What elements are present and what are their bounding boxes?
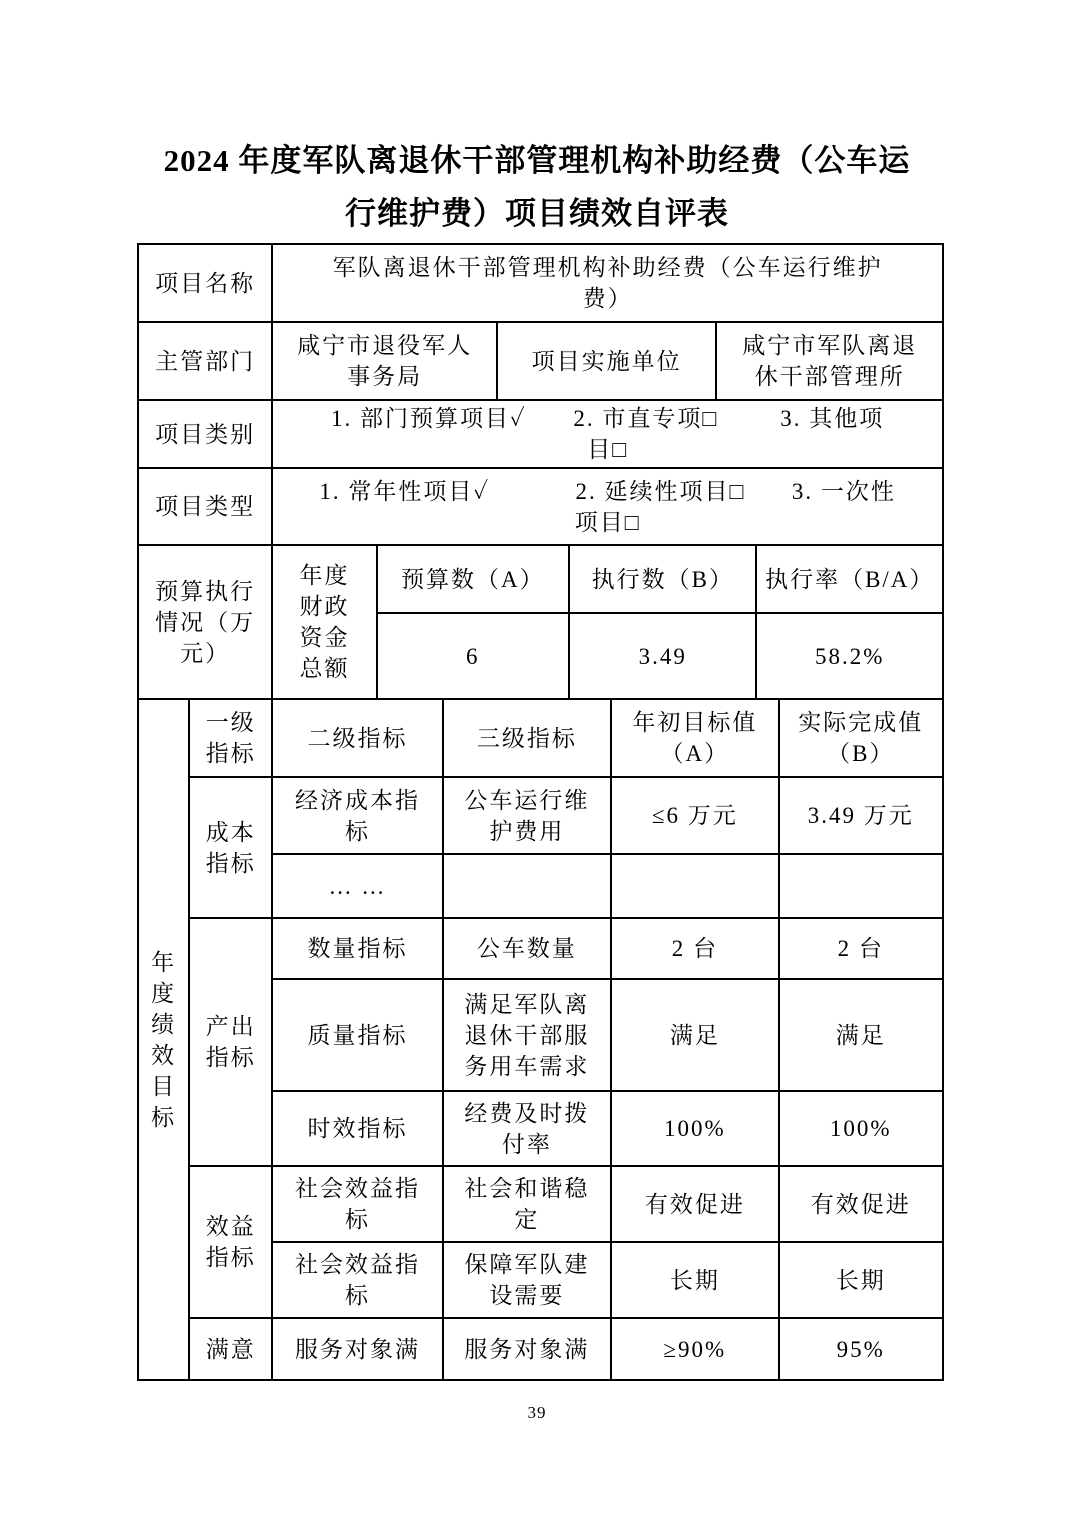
dept-label: 主管部门 bbox=[138, 322, 272, 400]
perf-satisfaction-actual: 95% bbox=[779, 1318, 943, 1380]
perf-quantity-target: 2 台 bbox=[611, 918, 778, 979]
perf-quality-actual: 满足 bbox=[779, 979, 943, 1091]
perf-quantity-l2: 数量指标 bbox=[272, 918, 442, 979]
perf-head-target: 年初目标值 （A） bbox=[611, 699, 778, 777]
dept-value: 咸宁市退役军人 事务局 bbox=[272, 322, 497, 400]
perf-head-level2: 二级指标 bbox=[272, 699, 442, 777]
type-label: 项目类型 bbox=[138, 468, 272, 545]
perf-satisfaction-l3: 服务对象满 bbox=[443, 1318, 611, 1380]
perf-social1-actual: 有效促进 bbox=[779, 1166, 943, 1242]
perf-timeliness-l2: 时效指标 bbox=[272, 1091, 442, 1166]
perf-quality-l3: 满足军队离 退休干部服 务用车需求 bbox=[443, 979, 611, 1091]
perf-cost-actual: 3.49 万元 bbox=[779, 777, 943, 854]
perf-cost-ellipsis: … … bbox=[272, 854, 442, 918]
page-number: 39 bbox=[0, 1403, 1074, 1423]
perf-social1-l3: 社会和谐稳 定 bbox=[443, 1166, 611, 1242]
budget-col-b-header: 执行数（B） bbox=[569, 545, 756, 613]
evaluation-table: 项目名称 军队离退休干部管理机构补助经费（公车运行维护 费） 主管部门 咸宁市退… bbox=[137, 243, 944, 1381]
perf-social2-l3: 保障军队建 设需要 bbox=[443, 1242, 611, 1318]
category-label: 项目类别 bbox=[138, 400, 272, 468]
project-name-label: 项目名称 bbox=[138, 244, 272, 322]
document-title: 2024 年度军队离退休干部管理机构补助经费（公车运 行维护费）项目绩效自评表 bbox=[60, 134, 1014, 240]
perf-cost-l2: 经济成本指 标 bbox=[272, 777, 442, 854]
perf-cost-empty-l3 bbox=[443, 854, 611, 918]
perf-section-label: 年 度 绩 效 目 标 bbox=[138, 699, 189, 1380]
impl-unit-value: 咸宁市军队离退 休干部管理所 bbox=[716, 322, 943, 400]
budget-value-rate: 58.2% bbox=[756, 613, 943, 699]
perf-cost-target: ≤6 万元 bbox=[611, 777, 778, 854]
perf-cost-empty-actual bbox=[779, 854, 943, 918]
perf-timeliness-actual: 100% bbox=[779, 1091, 943, 1166]
perf-satisfaction-target: ≥90% bbox=[611, 1318, 778, 1380]
type-value: 1. 常年性项目✓ 2. 延续性项目□ 3. 一次性 项目□ bbox=[272, 468, 943, 545]
budget-col-rate-header: 执行率（B/A） bbox=[756, 545, 943, 613]
budget-col-a-header: 预算数（A） bbox=[377, 545, 569, 613]
perf-group-satisfaction: 满意 bbox=[189, 1318, 272, 1380]
perf-social2-l2: 社会效益指 标 bbox=[272, 1242, 442, 1318]
perf-cost-l3: 公车运行维 护费用 bbox=[443, 777, 611, 854]
budget-sub-label: 年度 财政 资金 总额 bbox=[272, 545, 376, 699]
perf-timeliness-target: 100% bbox=[611, 1091, 778, 1166]
perf-quality-l2: 质量指标 bbox=[272, 979, 442, 1091]
perf-head-level1: 一级 指标 bbox=[189, 699, 272, 777]
perf-cost-empty-target bbox=[611, 854, 778, 918]
budget-label: 预算执行 情况（万 元） bbox=[138, 545, 272, 699]
perf-quantity-actual: 2 台 bbox=[779, 918, 943, 979]
budget-value-b: 3.49 bbox=[569, 613, 756, 699]
perf-head-level3: 三级指标 bbox=[443, 699, 611, 777]
category-value: 1. 部门预算项目✓ 2. 市直专项□ 3. 其他项 目□ bbox=[272, 400, 943, 468]
impl-unit-label: 项目实施单位 bbox=[497, 322, 717, 400]
perf-social2-actual: 长期 bbox=[779, 1242, 943, 1318]
budget-value-a: 6 bbox=[377, 613, 569, 699]
perf-satisfaction-l2: 服务对象满 bbox=[272, 1318, 442, 1380]
perf-group-benefit: 效益 指标 bbox=[189, 1166, 272, 1318]
perf-group-cost: 成本 指标 bbox=[189, 777, 272, 918]
perf-quality-target: 满足 bbox=[611, 979, 778, 1091]
perf-social2-target: 长期 bbox=[611, 1242, 778, 1318]
perf-timeliness-l3: 经费及时拨 付率 bbox=[443, 1091, 611, 1166]
document-page: 2024 年度军队离退休干部管理机构补助经费（公车运 行维护费）项目绩效自评表 … bbox=[0, 0, 1074, 1520]
perf-group-output: 产出 指标 bbox=[189, 918, 272, 1166]
perf-quantity-l3: 公车数量 bbox=[443, 918, 611, 979]
perf-social1-target: 有效促进 bbox=[611, 1166, 778, 1242]
perf-head-actual: 实际完成值 （B） bbox=[779, 699, 943, 777]
perf-social1-l2: 社会效益指 标 bbox=[272, 1166, 442, 1242]
project-name-value: 军队离退休干部管理机构补助经费（公车运行维护 费） bbox=[272, 244, 943, 322]
